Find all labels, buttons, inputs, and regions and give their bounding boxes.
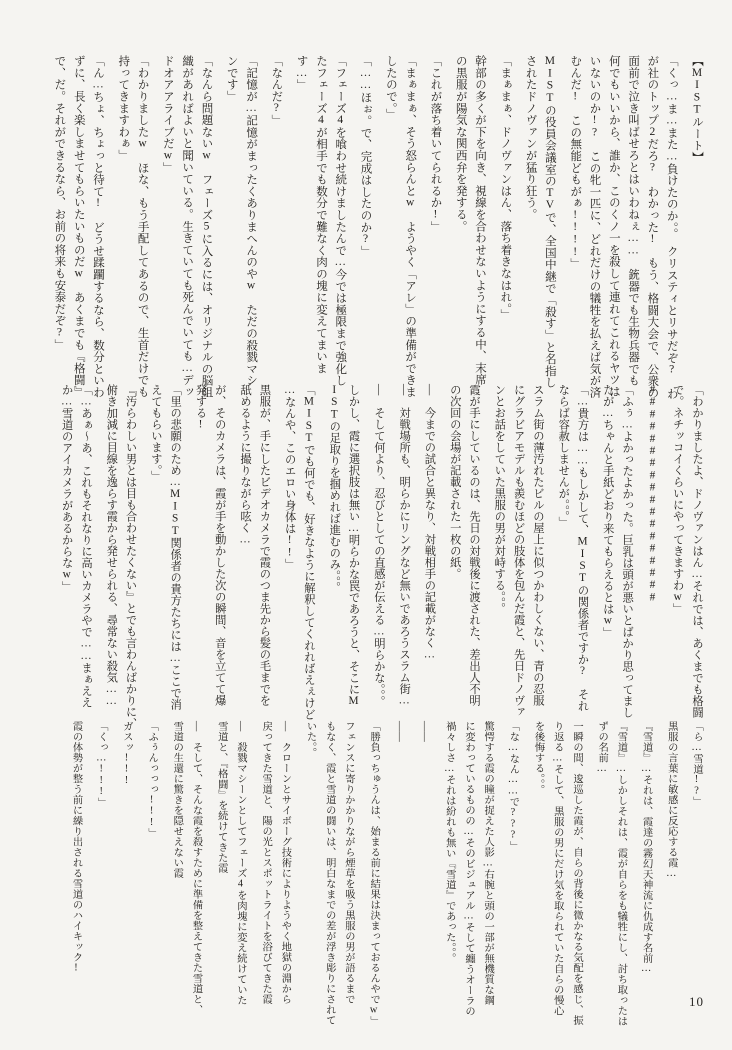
text-column: 「フェーズ4を喰わせ続けましたんで…今では極限まで強化し [330, 55, 349, 419]
paragraph: ################## [642, 384, 661, 724]
text-column: 「ん…ちょ、ちょっと待て! どうせ蹂躙するなら、数分といわ [88, 55, 107, 419]
paragraph: 一瞬の間、逡巡した霞が、自らの背後に微かなる気配を感じ、振り返る…そして、黒服の… [528, 721, 586, 1025]
text-column: …なんや、このエロい身体は!!」 [279, 384, 298, 724]
text-column: 雪道の生還に驚きを隠せえない霞 [167, 721, 186, 1025]
paragraph: 「これが落ち着いてられるか!」 [425, 55, 444, 419]
text-column: 「わかりましたw ほな、もう手配してあるので、生首だけでも [132, 55, 151, 419]
paragraph: ― 今までの試合と異なり、対戦相手の記載がなく… [419, 384, 438, 724]
paragraph: 「MISTでも何でも、好きなように解釈してくれればえぇけど…なんや、このエロい身… [279, 384, 318, 724]
text-column: 織があればよいと聞いている。生きていても死んでいても…デッ [177, 55, 196, 419]
paragraph: 「な…なん……で???」 [503, 721, 522, 1025]
paragraph: 「ら…雪道!?」 [687, 721, 706, 1025]
paragraph: ―― [414, 721, 433, 1025]
text-column: スラム街の薄汚れたビルの屋上に似つかわしくない、青の忍服 [528, 384, 547, 724]
text-column: 「ら…雪道!?」 [687, 721, 706, 1025]
text-column: 「……ほぉ。で、完成はしたのか?」 [355, 55, 374, 419]
paragraph: 「……ほぉ。で、完成はしたのか?」 [355, 55, 374, 419]
text-column: 発する! [190, 384, 209, 724]
text-column: ################## [642, 384, 661, 724]
text-column: が社のトップ2だろ? わかった! もう、格闘大会で、公衆の [642, 55, 661, 419]
text-column: 「MISTでも何でも、好きなように解釈してくれればえぇけど [299, 384, 318, 724]
paragraph: 「くっ…!!!」 [92, 721, 111, 1025]
text-column: ずに、長く楽しませてもらいたいものだw あくまでも『格闘』 [68, 55, 87, 419]
paragraph: 「…あぁ〜あ、これもそれなりに高いカメラやで……まぁええか…雪道のアイカメラがあ… [56, 384, 95, 724]
text-column: か…雪道のアイカメラがあるからなw」 [56, 384, 75, 724]
text-column: もなく、霞と雪道の闘いは、明白なまでの差が浮き彫りにされて [320, 721, 339, 1025]
text-column: ずの名前… [592, 721, 611, 1025]
em-dash: ― [373, 384, 385, 396]
text-column: 「これが落ち着いてられるか!」 [425, 55, 444, 419]
text-column: 「まぁまぁ、そう怒らんとw ようやく「アレ」の準備ができま [400, 55, 419, 419]
paragraph: 「まぁまぁ、ドノヴァンはん、落ち着きなはれ。」 [495, 55, 514, 419]
text-column: ンです」 [221, 55, 240, 419]
paragraph: ― 殺戮マシーンとしてフェーズ4を肉塊に変え続けていた雪道と、『格闘』を続けてき… [212, 721, 250, 1025]
text-column: たフェーズ4が相手でも数分で難なく肉の塊に変えてまいま [311, 55, 330, 419]
paragraph: 「くっ…ま…また…負けたのか。。 クリスティとリサだぞ? わが社のトップ2だろ?… [565, 55, 681, 419]
text-column: されたドノヴァンが猛り狂う。 [520, 55, 539, 419]
paragraph: 『汚らわしい男とは目も合わせたくない』とでも言わんばかりに、俯き加減に目線を逸ら… [101, 384, 140, 724]
text-column: したので。」 [381, 55, 400, 419]
paragraph: 「わかりましたw ほな、もう手配してあるので、生首だけでも持ってきますわぁ」 [113, 55, 152, 419]
text-column: 持ってきますわぁ」 [113, 55, 132, 419]
text-column: 「わかりましたよ、ドノヴァンはん…それでは、あくまでも格闘 [687, 384, 706, 724]
text-column: 驚愕する霞の瞳が捉えた人影…右腕と頭の一部が無機質な鋼 [478, 721, 497, 1025]
text-column: 「くっ…ま…また…負けたのか。。 クリスティとリサだぞ? わ [661, 55, 680, 419]
text-column: の黒服が陽気な関西弁を発する。 [450, 55, 469, 419]
text-column: 戻ってきた雪道と、陽の光とスポットライトを浴びてきた霞 [256, 721, 275, 1025]
paragraph: 「なんだ?」 [266, 55, 285, 419]
text-band-top: 【MISTルート】「くっ…ま…また…負けたのか。。 クリスティとリサだぞ? わが… [49, 55, 706, 419]
paragraph: 幹部の多くが下を向き、視線を合わせないようにする中、末席の黒服が陽気な関西弁を発… [450, 55, 489, 419]
paragraph: 「まぁまぁ、そう怒らんとw ようやく「アレ」の準備ができましたので。」 [381, 55, 420, 419]
text-column: 霞の体勢が整う前に繰り出される雪道のハイキック! [66, 721, 85, 1025]
paragraph: 霞の体勢が整う前に繰り出される雪道のハイキック! [66, 721, 85, 1025]
text-column: ― そして、そんな霞を殺すために準備を整えてきた雪道と、 [186, 721, 205, 1025]
text-column: にグラビアモデルも羨むほどの肢体を包んだ霞と、先日ドノヴァ [508, 384, 527, 724]
text-column: 「…あぁ〜あ、これもそれなりに高いカメラやで……まぁええ [76, 384, 95, 724]
paragraph: 「…貴方は……もしかして、MISTの関係者ですか? それならば容赦しませんが。。… [553, 384, 592, 724]
text-column: の次回の会場が記載された一枚の紙。 [444, 384, 463, 724]
text-column: が、そのカメラは、霞が手を動かした次の瞬間、音を立てて爆 [209, 384, 228, 724]
text-column: むんだ! この無能どもがぁ!!!!」 [565, 55, 584, 419]
text-column: 「里の悲願のため…MIST関係者の貴方たちには…ここで消 [165, 384, 184, 724]
em-dash: ― [398, 384, 410, 396]
em-dash: ― [235, 721, 246, 732]
text-column: えてもらいます。」 [146, 384, 165, 724]
em-dash: ―― [393, 721, 404, 742]
text-column: いないのか!? この牝一匹に、どれだけの犠牲を払えば気が済 [584, 55, 603, 419]
text-column: を後悔する。。。 [528, 721, 547, 1025]
text-column: 「くっ…!!!」 [92, 721, 111, 1025]
text-column: 俯き加減に目線を逸らす霞から発せられる、尋常ない殺気…… [101, 384, 120, 724]
em-dash: ― [279, 721, 290, 732]
paragraph: 「ふぅんっっっ!!!」 [142, 721, 161, 1025]
text-column: 雪道と、『格闘』を続けてきた霞 [212, 721, 231, 1025]
paragraph: ―― [389, 721, 408, 1025]
paragraph: 「ふぅ…よかったよかった。巨乳は頭が悪いとばかり思ってましたが…ちゃんと手紙どお… [598, 384, 637, 724]
text-column: に変わっているものの…そのビジュアル…そして纏うオーラの [459, 721, 478, 1025]
text-band-bottom: 「ら…雪道!?」黒服の言葉に敏感に反応する霞…『雪道』…それは、霞達の霧幻天神流… [66, 721, 706, 1025]
paragraph: 「勝負っちゅうんは、始まる前に結果は決まっておるんやでw」 [364, 721, 383, 1025]
text-column: 「勝負っちゅうんは、始まる前に結果は決まっておるんやでw」 [364, 721, 383, 1025]
text-column: 黒服が、手にしたビデオカメラで霞のつま先から髪の毛までを [254, 384, 273, 724]
text-column: フェンスに寄りかかりながら煙草を吸う黒服の男が語るまで [339, 721, 358, 1025]
em-dash: ― [191, 721, 202, 732]
text-column: 「なんら問題ないw フェーズ5に入るには、オリジナルの脳組 [196, 55, 215, 419]
em-dash: ―― [419, 721, 430, 742]
text-column: たが…ちゃんと手紙どおり来てもらえるとはw」 [598, 384, 617, 724]
paragraph: ― 対戦場所も、明らかにリングなど無いであろうスラム街… [394, 384, 413, 724]
paragraph: が、そのカメラは、霞が手を動かした次の瞬間、音を立てて爆発する! [190, 384, 229, 724]
em-dash: ― [423, 384, 435, 396]
text-column: 一瞬の間、逡巡した霞が、自らの背後に微かなる気配を感じ、振 [567, 721, 586, 1025]
text-column: り返る…そして、黒服の男にだけ気を取られていた自らの慢心 [548, 721, 567, 1025]
paragraph: 「フェーズ4を喰わせ続けましたんで…今では極限まで強化したフェーズ4が相手でも数… [291, 55, 349, 419]
text-column: 【MISTルート】 [687, 55, 706, 419]
paragraph: しかし、霞に選択肢は無い…明らかな罠であろうと、そこにMISTの足取りを掴めれば… [324, 384, 363, 724]
text-column: 『雪道』…それは、霞達の霧幻天神流に仇成す名前… [636, 721, 655, 1025]
text-column: す…」 [291, 55, 310, 419]
text-column: で。ネチッコイくらいにやってきますわw」 [667, 384, 686, 724]
paragraph: MISTの役員会議室のTVで、全国中継で「殺す」と名指しされたドノヴァンが猛り狂… [520, 55, 559, 419]
text-column: 面前で泣き叫ばせろとはいわねぇ…… 銃器でも生物兵器でも [623, 55, 642, 419]
text-column: で、だ。それができるなら、お前の将来も安泰だぞ?」 [49, 55, 68, 419]
text-column: 『汚らわしい男とは目も合わせたくない』とでも言わんばかりに、 [120, 384, 139, 724]
paragraph: 黒服が、手にしたビデオカメラで霞のつま先から髪の毛までを舐めるように撮りながら呟… [235, 384, 274, 724]
paragraph: 『雪道』…しかしそれは、霞が自らをも犠牲にし、討ち取ったはずの名前… [592, 721, 630, 1025]
text-column: ISTの足取りを掴めれば進むのみ。。。 [324, 384, 343, 724]
paragraph: ― そして、そんな霞を殺すために準備を整えてきた雪道と、雪道の生還に驚きを隠せえ… [167, 721, 205, 1025]
text-column: MISTの役員会議室のTVで、全国中継で「殺す」と名指し [540, 55, 559, 419]
paragraph: 「記憶が…記憶がまったくありまへんのやw ただの殺戮マシンです」 [221, 55, 260, 419]
text-column: ― そして何より、忍びとしての直感が伝える…明らかな。。。 [369, 384, 388, 724]
text-column: ― クローンとサイボーグ技術によりようやく地獄の淵から [275, 721, 294, 1025]
text-column: 「記憶が…記憶がまったくありまへんのやw ただの殺戮マシ [241, 55, 260, 419]
text-column: ―― [389, 721, 408, 1025]
text-column: ならば容赦しませんが。。。」 [553, 384, 572, 724]
page-number: 10 [689, 994, 704, 1010]
paragraph: 霞が手にしているのは、先日の対戦後に渡された、差出人不明の次回の会場が記載された… [444, 384, 483, 724]
paragraph: 驚愕する霞の瞳が捉えた人影…右腕と頭の一部が無機質な鋼に変わっているものの…その… [440, 721, 498, 1025]
text-column: 舐めるように撮りながら呟く… [235, 384, 254, 724]
text-column: 「ふぅ…よかったよかった。巨乳は頭が悪いとばかり思ってまし [617, 384, 636, 724]
paragraph: ― クローンとサイボーグ技術によりようやく地獄の淵から戻ってきた雪道と、陽の光と… [256, 721, 294, 1025]
text-column: ― 対戦場所も、明らかにリングなど無いであろうスラム街… [394, 384, 413, 724]
text-column: 『雪道』…しかしそれは、霞が自らをも犠牲にし、討ち取ったは [611, 721, 630, 1025]
text-column: 「まぁまぁ、ドノヴァンはん、落ち着きなはれ。」 [495, 55, 514, 419]
paragraph: 【MISTルート】 [687, 55, 706, 419]
text-band-middle: 「わかりましたよ、ドノヴァンはん…それでは、あくまでも格闘で。ネチッコイくらいに… [56, 384, 706, 724]
text-column: いた。。 [300, 721, 319, 1025]
paragraph: 「なんら問題ないw フェーズ5に入るには、オリジナルの脳組織があればよいと聞いて… [158, 55, 216, 419]
text-column: 「なんだ?」 [266, 55, 285, 419]
text-column: しかし、霞に選択肢は無い…明らかな罠であろうと、そこにM [343, 384, 362, 724]
text-column: 霞が手にしているのは、先日の対戦後に渡された、差出人不明 [464, 384, 483, 724]
paragraph: スラム街の薄汚れたビルの屋上に似つかわしくない、青の忍服にグラビアモデルも羨むほ… [489, 384, 547, 724]
text-column: 「な…なん……で???」 [503, 721, 522, 1025]
text-column: ― 今までの試合と異なり、対戦相手の記載がなく… [419, 384, 438, 724]
paragraph: ガスッ!!! [117, 721, 136, 1025]
text-column: ―― [414, 721, 433, 1025]
text-column: ガスッ!!! [117, 721, 136, 1025]
text-column: ドオアアライブだw」 [158, 55, 177, 419]
text-column: 幹部の多くが下を向き、視線を合わせないようにする中、末席 [470, 55, 489, 419]
text-column: 禍々しさ…それは紛れも無い『雪道』であった。。。 [440, 721, 459, 1025]
text-column: ― 殺戮マシーンとしてフェーズ4を肉塊に変え続けていた [231, 721, 250, 1025]
paragraph: 「ん…ちょ、ちょっと待て! どうせ蹂躙するなら、数分といわずに、長く楽しませても… [49, 55, 107, 419]
doujin-novel-page: 【MISTルート】「くっ…ま…また…負けたのか。。 クリスティとリサだぞ? わが… [0, 0, 732, 1050]
paragraph: ― そして何より、忍びとしての直感が伝える…明らかな。。。 [369, 384, 388, 724]
paragraph: 黒服の言葉に敏感に反応する霞… [662, 721, 681, 1025]
paragraph: 『雪道』…それは、霞達の霧幻天神流に仇成す名前… [636, 721, 655, 1025]
paragraph: 「わかりましたよ、ドノヴァンはん…それでは、あくまでも格闘で。ネチッコイくらいに… [667, 384, 706, 724]
text-column: ンとお話をしていた黒服の男が対峙する。。。 [489, 384, 508, 724]
text-column: 「ふぅんっっっ!!!」 [142, 721, 161, 1025]
paragraph: フェンスに寄りかかりながら煙草を吸う黒服の男が語るまでもなく、霞と雪道の闘いは、… [300, 721, 358, 1025]
text-column: 黒服の言葉に敏感に反応する霞… [662, 721, 681, 1025]
text-column: 何でもいいから、誰か、このくノ一を殺して連れてこれるヤツは [604, 55, 623, 419]
text-column: 「…貴方は……もしかして、MISTの関係者ですか? それ [572, 384, 591, 724]
paragraph: 「里の悲願のため…MIST関係者の貴方たちには…ここで消えてもらいます。」 [146, 384, 185, 724]
